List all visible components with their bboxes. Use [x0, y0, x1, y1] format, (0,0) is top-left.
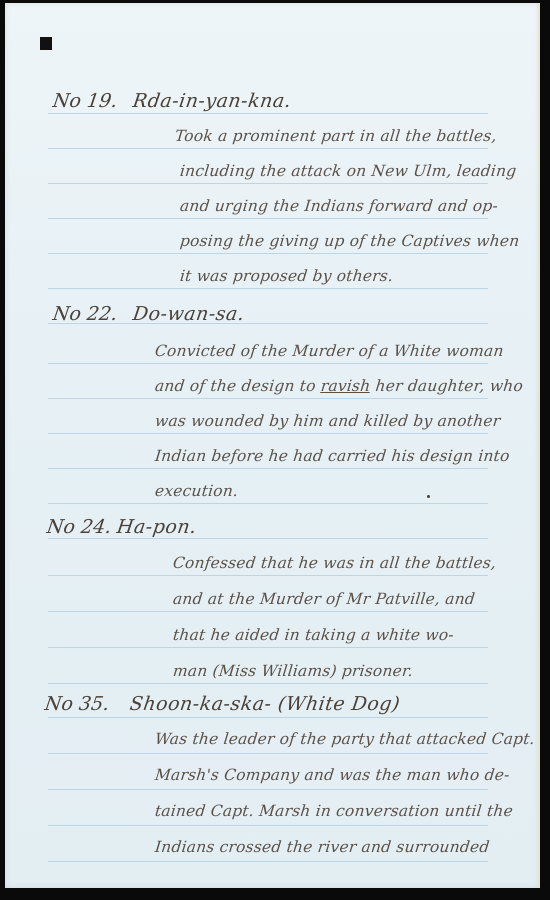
ruled-line	[48, 148, 488, 149]
ruled-line	[48, 611, 488, 612]
entry-text-line: execution.	[154, 482, 239, 500]
entry-text-line: man (Miss Williams) prisoner.	[172, 662, 414, 680]
ruled-line	[48, 468, 488, 469]
ruled-line	[48, 861, 488, 862]
ruled-line	[48, 183, 488, 184]
entry-text-line: Indians crossed the river and surrounded	[154, 838, 490, 856]
entry-text-line: and at the Murder of Mr Patville, and	[172, 590, 476, 608]
manuscript-page: No 19. Rda-in-yan-kna. Took a prominent …	[5, 3, 540, 888]
entry-text-line: that he aided in taking a white wo-	[172, 626, 455, 644]
ruled-line	[48, 253, 488, 254]
entry-number: No 19.	[51, 90, 118, 112]
entry-text-line: Was the leader of the party that attacke…	[154, 730, 536, 748]
entry-text-line: and of the design to ravish her daughter…	[154, 377, 524, 395]
registration-mark	[40, 37, 52, 50]
entry-text-line: Marsh's Company and was the man who de-	[154, 766, 510, 784]
ruled-line	[48, 503, 488, 504]
ink-dot	[427, 495, 430, 498]
ruled-line	[48, 433, 488, 434]
entry-text-line: and urging the Indians forward and op-	[179, 197, 499, 215]
ruled-line	[48, 218, 488, 219]
entry-text-line: posing the giving up of the Captives whe…	[179, 232, 520, 250]
ruled-line	[48, 825, 488, 826]
entry-text-fragment: her daughter, who	[369, 377, 524, 395]
underlined-word: ravish	[320, 377, 371, 395]
entry-text-line: was wounded by him and killed by another	[154, 412, 501, 430]
entry-name: Ha-pon.	[115, 516, 198, 538]
entry-number: No 22.	[51, 303, 118, 325]
ruled-line	[48, 113, 488, 114]
ruled-line	[48, 363, 488, 364]
ruled-line	[48, 538, 488, 539]
ruled-line	[48, 647, 488, 648]
entry-text-fragment: and of the design to	[154, 377, 322, 395]
entry-text-line: Took a prominent part in all the battles…	[174, 127, 498, 145]
ruled-line	[48, 789, 488, 790]
entry-number: No 24.	[45, 516, 112, 538]
entry-text-line: including the attack on New Ulm, leading	[179, 162, 517, 180]
entry-text-line: Convicted of the Murder of a White woman	[154, 342, 505, 360]
entry-text-line: it was proposed by others.	[179, 267, 394, 285]
ruled-line	[48, 753, 488, 754]
ruled-line	[48, 288, 488, 289]
ruled-line	[48, 717, 488, 718]
entry-name: Rda-in-yan-kna.	[131, 90, 292, 112]
entry-text-line: tained Capt. Marsh in conversation until…	[154, 802, 514, 820]
entry-name: Shoon-ka-ska- (White Dog)	[128, 693, 401, 715]
ruled-line	[48, 398, 488, 399]
entry-number: No 35.	[43, 693, 110, 715]
entry-name: Do-wan-sa.	[131, 303, 246, 325]
ruled-line	[48, 575, 488, 576]
entry-text-line: Confessed that he was in all the battles…	[172, 554, 497, 572]
entry-text-line: Indian before he had carried his design …	[154, 447, 511, 465]
ruled-line	[48, 683, 488, 684]
